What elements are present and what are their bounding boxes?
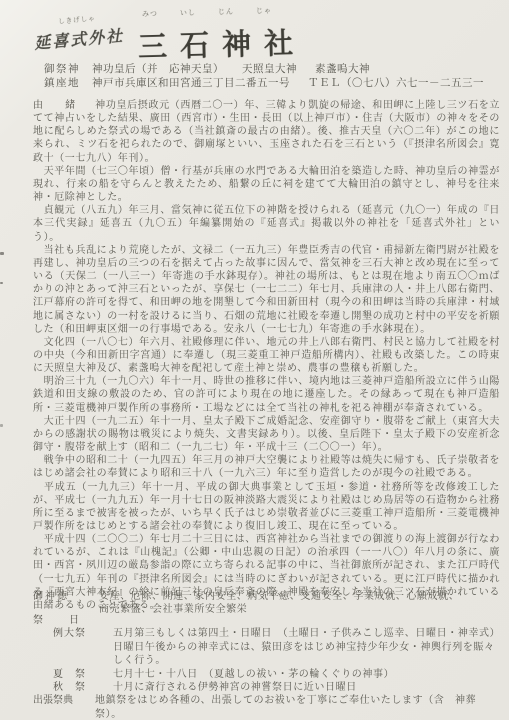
deity-amaterasu: 天照皇大神 [242, 63, 297, 75]
history-paragraph-text: 神功皇后摂政元（西暦二〇一）年、三韓より凱旋の帰途、和田岬に上陸し三ツ石を立てて… [33, 100, 500, 164]
history-paragraph: 平成五（一九九三）年十一月、平成の御大典事業として玉垣・参道・社務所等を改修竣工… [33, 481, 500, 534]
history-paragraph: 天平年間（七三〇年頃）僧・行基が兵庫の水門である大輪田泊を築造した時、神功皇后の… [33, 165, 500, 204]
history-paragraph: 文化四（一八〇七）年六月、社殿修理に伴い、地元の井上八郎右衛門、村民と協力して社… [33, 336, 500, 375]
furigana-syllable: いし [180, 8, 196, 18]
outreach-ceremony-row: 出張祭典 地鎮祭をはじめ各種の、出張してのお祓いを丁寧にご奉仕いたします（含 神… [33, 694, 500, 720]
title-block: しきげしゃ 延喜式外社 みつ いし じん じゃ 三石神社 [0, 0, 509, 60]
festival-row-summer: 夏 祭 七月十七・十八日 （夏越しの祓い・茅の輪くぐりの神事） [53, 668, 500, 681]
festival-days-section: 祭 日 例大祭 五月第三もしくは第四土・日曜日 （土曜日・子供みこし巡幸、日曜日… [33, 614, 500, 720]
deity-main: 神功皇后（并 応神天皇） [92, 63, 224, 75]
location-label: 鎮座地 [44, 77, 80, 89]
enshrined-deities-row: 御祭神神功皇后（并 応神天皇）天照皇大神素盞嗚大神 [44, 63, 504, 76]
location-row: 鎮座地神戸市兵庫区和田宮通三丁目二番五一号ＴＥＬ（〇七八）六七一－二五三一 [44, 77, 504, 90]
annual-festival-date: 五月第三もしくは第四土・日曜日 （土曜日・子供みこし巡幸、日曜日・神幸式） [113, 627, 500, 640]
history-label: 由 緒 [33, 100, 81, 111]
summer-festival-date: 七月十七・十八日 （夏越しの祓い・茅の輪くぐりの神事） [113, 668, 500, 681]
history-paragraph: 当社も兵乱により荒廃したが、文禄二（一五九三）年豊臣秀吉の代官・甫掃新左衛門尉が… [33, 244, 500, 336]
history-paragraph: 貞観元（八五九）年三月、當気神に従五位下の神階を授けられる（延喜元（九〇一）年成… [33, 204, 500, 243]
deity-label: 御祭神 [44, 63, 80, 75]
history-paragraph: 由 緒神功皇后摂政元（西暦二〇一）年、三韓より凱旋の帰途、和田岬に上陸し三ツ石を… [33, 99, 500, 165]
outreach-label: 出張祭典 [33, 694, 73, 707]
annual-festival-label: 例大祭 [53, 627, 86, 640]
history-paragraph: 戦争中の昭和二十（一九四五）年三月の神戸大空襲により社殿等は焼失に帰すも、氏子崇… [33, 454, 500, 480]
virtues-line1: 安産、厄除、開運、家内安全、病気平癒、交通安全、学業成就、心願成就、 [99, 590, 500, 603]
autumn-festival-date: 十月に斎行される伊勢神宮の神嘗祭日に近い日曜日 [113, 681, 500, 694]
furigana-syllable: じゃ [256, 6, 272, 16]
scan-artifact [0, 252, 4, 255]
shrine-address: 神戸市兵庫区和田宮通三丁目二番五一号 [92, 77, 290, 89]
shrine-rank-label: 延喜式外社 [33, 21, 145, 53]
furigana-syllable: みつ [142, 9, 158, 19]
virtues-label: 御神徳 [33, 590, 69, 603]
festival-days-header: 祭 日 [33, 614, 500, 627]
scan-artifact [0, 424, 3, 427]
outreach-text: 地鎮祭をはじめ各種の、出張してのお祓いを丁寧にご奉仕いたします（含 神葬祭）。 [95, 694, 500, 720]
history-paragraph: 明治三十九（一九〇六）年十一月、時世の推移に伴い、境内地は三菱神戸造船所設立に伴… [33, 375, 500, 414]
summer-festival-label: 夏 祭 [53, 668, 86, 681]
scan-artifact [0, 282, 3, 284]
main-title-furigana: みつ いし じん じゃ [142, 3, 372, 19]
furigana-syllable: じん [218, 7, 234, 17]
shrine-history-section: 由 緒神功皇后摂政元（西暦二〇一）年、三韓より凱旋の帰途、和田岬に上陸し三ツ石を… [33, 99, 500, 612]
scanned-shrine-document: しきげしゃ 延喜式外社 みつ いし じん じゃ 三石神社 御祭神神功皇后（并 応… [0, 0, 509, 720]
autumn-festival-label: 秋 祭 [53, 681, 86, 694]
festival-row-annual: 例大祭 五月第三もしくは第四土・日曜日 （土曜日・子供みこし巡幸、日曜日・神幸式… [53, 627, 500, 667]
divine-virtues-section: 御神徳 安産、厄除、開運、家内安全、病気平癒、交通安全、学業成就、心願成就、 商… [33, 590, 500, 616]
shrine-phone: ＴＥＬ（〇七八）六七一－二五三一 [308, 77, 484, 89]
festival-row-autumn: 秋 祭 十月に斎行される伊勢神宮の神嘗祭日に近い日曜日 [53, 681, 500, 694]
shrine-name-title: 三石神社 [138, 19, 359, 66]
history-paragraph: 大正十四（一九二五）年十一月、皇太子殿下ご成婚記念、安産御守り・腹帯をご献上（東… [33, 415, 500, 454]
annual-festival-detail: 日曜日午後からの神幸式には、猿田彦をはじめ神宝持少年少女・神輿行列を賑々しく行う… [113, 641, 500, 668]
deity-susanoo: 素盞嗚大神 [315, 63, 370, 75]
